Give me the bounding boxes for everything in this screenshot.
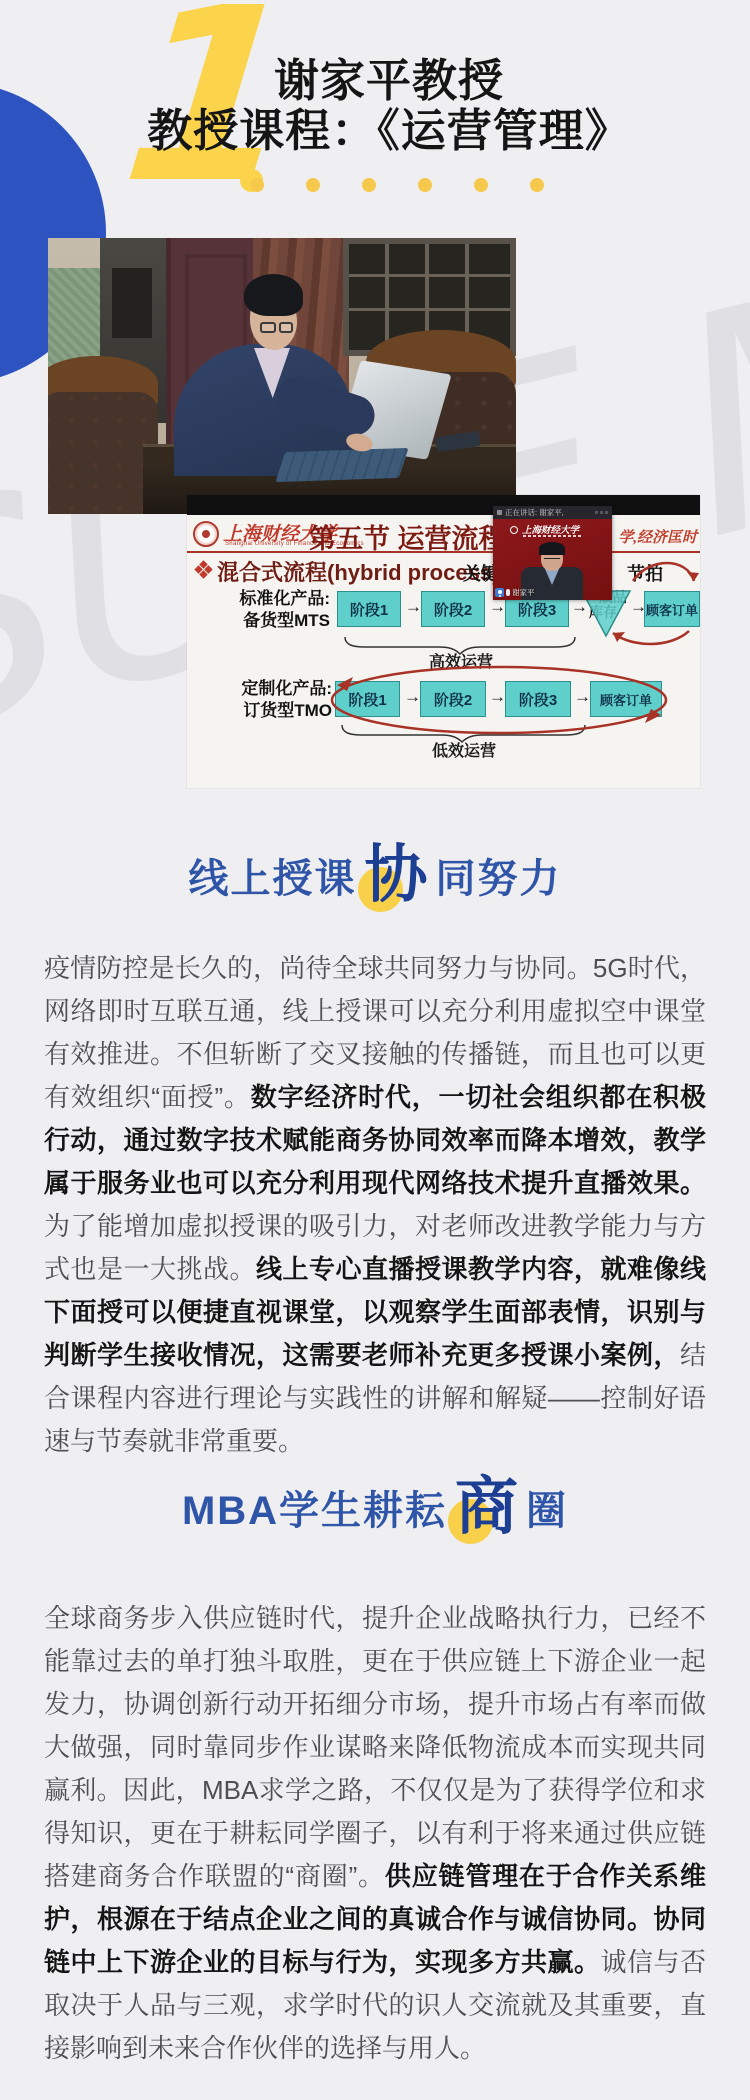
- heading-text: 圈: [526, 1479, 568, 1536]
- flow-stage-box: 阶段2: [421, 591, 485, 627]
- participant-name: 谢家平: [512, 587, 535, 598]
- title-line-2: 教授课程：《运营管理》: [28, 106, 750, 156]
- video-motto-line: [523, 535, 581, 537]
- row1-label: 标准化产品: 备货型MTS: [197, 588, 330, 632]
- flow-arrow-icon: →: [489, 597, 506, 617]
- article-page: SUFE MBA 1 谢家平教授 教授课程：《运营管理》: [0, 0, 750, 2100]
- school-seal-icon: [193, 521, 219, 547]
- glasses-icon: [279, 322, 293, 333]
- participant-icon: [495, 588, 504, 597]
- feedback-arrow-icon: [613, 631, 689, 644]
- professor-photo[interactable]: [48, 238, 516, 514]
- photo-armchair-left: [48, 356, 158, 514]
- video-school-logo: 上海财经大学: [522, 522, 579, 536]
- speaking-status-text: 正在讲话: 谢家平,: [505, 507, 564, 518]
- flow-arrow-icon: →: [404, 687, 421, 707]
- accent-dot: [530, 178, 544, 192]
- slide-key-suffix: 节拍: [627, 560, 663, 586]
- flow-stage-box: 阶段1: [335, 681, 400, 717]
- slide-bullet-text: 混合式流程(hybrid process): [217, 556, 499, 587]
- flow-stage-box: 阶段2: [420, 681, 486, 717]
- heading-text: 同努力: [436, 847, 562, 904]
- flow-stage-box: 阶段1: [337, 591, 401, 627]
- heading-highlight-char: 协: [365, 844, 428, 907]
- glasses-icon: [544, 555, 560, 559]
- window-controls-icon: [595, 511, 609, 514]
- slide-divider: [187, 551, 700, 553]
- heading-text: MBA学生耕耘: [182, 1479, 447, 1536]
- flow-arrow-icon: →: [489, 687, 506, 707]
- flow-arrow-icon: →: [574, 687, 591, 707]
- page-title: 谢家平教授 教授课程：《运营管理》: [0, 56, 750, 156]
- video-professor-hair: [539, 542, 565, 555]
- flow-arrow-icon: →: [571, 597, 588, 617]
- mic-icon: [506, 589, 510, 596]
- participant-name-chip: 谢家平: [495, 587, 535, 598]
- photo-professor-hair: [244, 274, 303, 316]
- school-motto-fragment: 学,经济匡时: [618, 526, 697, 547]
- flow-order-box: 顾客订单: [590, 681, 662, 717]
- accent-dot: [418, 178, 432, 192]
- accent-dot: [474, 178, 488, 192]
- flow-arrow-icon: →: [405, 597, 422, 617]
- heading-text: 线上授课: [189, 847, 357, 904]
- row2-brace-label: 低效运营: [389, 738, 539, 761]
- accent-dot: [362, 178, 376, 192]
- video-feed: 上海财经大学 谢家平: [493, 519, 612, 600]
- row2-label: 定制化产品: 订货型TMO: [199, 678, 332, 722]
- title-line-1: 谢家平教授: [28, 56, 750, 106]
- meeting-video-window[interactable]: 正在讲话: 谢家平, 上海财经大学 谢家平: [493, 506, 612, 600]
- row1-brace-label: 高效运营: [386, 649, 536, 672]
- school-seal-icon: [510, 526, 518, 534]
- accent-dot: [250, 178, 264, 192]
- photo-laptop-keyboard: [275, 448, 408, 482]
- section1-heading: 线上授课 协 同努力: [0, 838, 750, 912]
- section2-heading: MBA学生耕耘 商 圈: [0, 1470, 750, 1544]
- flow-stage-box: 阶段3: [505, 681, 571, 717]
- section2-paragraph: 全球商务步入供应链时代，提升企业战略执行力，已经不能靠过去的单打独斗取胜，更在于…: [44, 1597, 706, 2070]
- flow-order-box: 顾客订单: [644, 591, 700, 627]
- accent-dot: [306, 178, 320, 192]
- speaker-icon: [497, 510, 502, 515]
- heading-highlight-char: 商: [455, 1476, 518, 1539]
- speaking-status-bar: 正在讲话: 谢家平,: [493, 506, 612, 519]
- slide-letterbox-bar: [187, 495, 700, 515]
- paragraph-segment: 全球商务步入供应链时代，提升企业战略执行力，已经不能靠过去的单打独斗取胜，更在于…: [44, 1603, 706, 1891]
- diamond-bullet-icon: [194, 560, 212, 578]
- glasses-icon: [260, 322, 276, 333]
- section1-paragraph: 疫情防控是长久的，尚待全球共同努力与协同。5G时代，网络即时互联互通，线上授课可…: [44, 947, 706, 1463]
- lecture-slide-screenshot[interactable]: 上海财经大学 Shanghai University of Finance an…: [187, 495, 700, 788]
- accent-dots: [250, 178, 544, 192]
